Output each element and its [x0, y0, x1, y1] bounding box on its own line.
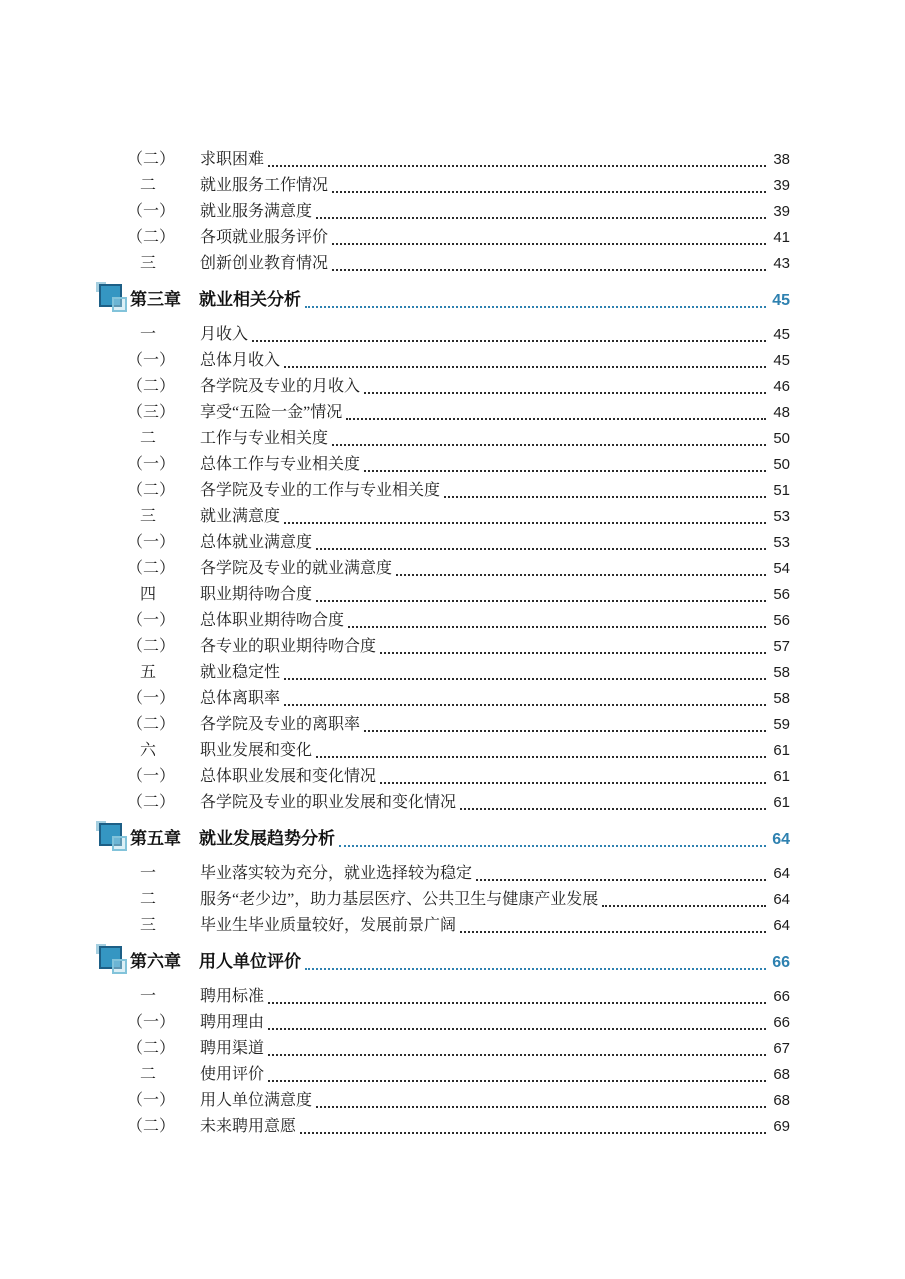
- toc-entry-title: 月收入: [200, 322, 248, 348]
- toc-entry-title: 总体工作与专业相关度: [200, 452, 360, 478]
- dot-leader: [364, 470, 766, 472]
- dot-leader: [268, 1002, 766, 1004]
- toc-chapter-number: 第六章: [130, 947, 199, 977]
- toc-entry-title: 职业发展和变化: [200, 738, 312, 764]
- dot-leader: [364, 730, 766, 732]
- dot-leader: [284, 522, 766, 524]
- toc-entry-number: （三）: [127, 400, 200, 426]
- toc-entry-row[interactable]: 二 就业服务工作情况 39: [100, 173, 790, 199]
- dot-leader: [305, 306, 766, 308]
- toc-entry-title: 各项就业服务评价: [200, 225, 328, 251]
- toc-entry-page: 69: [768, 1114, 790, 1140]
- toc-entry-title: 毕业生毕业质量较好，发展前景广阔: [200, 913, 456, 939]
- toc-entry-title: 就业服务满意度: [200, 199, 312, 225]
- toc-entry-row[interactable]: （二） 各学院及专业的月收入 46: [100, 374, 790, 400]
- toc-chapter-page: 64: [768, 825, 790, 855]
- dot-leader: [305, 968, 766, 970]
- dot-leader: [332, 269, 766, 271]
- toc-entry-title: 总体职业发展和变化情况: [200, 764, 376, 790]
- toc-entry-row[interactable]: （一） 总体职业发展和变化情况 61: [100, 764, 790, 790]
- toc-entry-title: 总体离职率: [200, 686, 280, 712]
- toc-entry-title: 毕业落实较为充分，就业选择较为稳定: [200, 861, 472, 887]
- dot-leader: [268, 1054, 766, 1056]
- toc-chapter-title: 就业相关分析: [199, 285, 301, 315]
- toc-entry-number: 一: [140, 322, 200, 348]
- toc-entry-number: 二: [140, 887, 200, 913]
- toc-entry-number: （一）: [127, 452, 200, 478]
- toc-entry-row[interactable]: （二） 各学院及专业的离职率 59: [100, 712, 790, 738]
- toc-entry-number: （一）: [127, 530, 200, 556]
- toc-entry-page: 58: [768, 660, 790, 686]
- toc-entry-page: 43: [768, 251, 790, 277]
- toc-entry-page: 41: [768, 225, 790, 251]
- toc-entry-title: 创新创业教育情况: [200, 251, 328, 277]
- toc-entry-number: （一）: [127, 348, 200, 374]
- toc-entry-number: （一）: [127, 764, 200, 790]
- toc-entry-title: 各学院及专业的就业满意度: [200, 556, 392, 582]
- dot-leader: [380, 652, 766, 654]
- toc-chapter-row[interactable]: 第三章 就业相关分析 45: [100, 285, 790, 315]
- toc-entry-number: 三: [140, 913, 200, 939]
- dot-leader: [300, 1132, 766, 1134]
- dot-leader: [332, 191, 766, 193]
- toc-entry-page: 64: [768, 861, 790, 887]
- toc-entry-page: 64: [768, 887, 790, 913]
- toc-entry-row[interactable]: 二 工作与专业相关度 50: [100, 426, 790, 452]
- toc-chapter-page: 66: [768, 948, 790, 978]
- toc-chapter-title: 用人单位评价: [199, 947, 301, 977]
- toc-entry-row[interactable]: 一 毕业落实较为充分，就业选择较为稳定 64: [100, 861, 790, 887]
- toc-entry-number: （二）: [127, 225, 200, 251]
- toc-entry-title: 各学院及专业的离职率: [200, 712, 360, 738]
- dot-leader: [364, 392, 766, 394]
- toc-entry-row[interactable]: （二） 各学院及专业的工作与专业相关度 51: [100, 478, 790, 504]
- toc-entry-title: 工作与专业相关度: [200, 426, 328, 452]
- toc-entry-page: 39: [768, 199, 790, 225]
- toc-entry-page: 66: [768, 984, 790, 1010]
- toc-entry-title: 各学院及专业的月收入: [200, 374, 360, 400]
- dot-leader: [316, 217, 766, 219]
- toc-entry-page: 45: [768, 348, 790, 374]
- dot-leader: [316, 1106, 766, 1108]
- toc-entry-number: （二）: [127, 634, 200, 660]
- toc-entry-title: 聘用理由: [200, 1010, 264, 1036]
- dot-leader: [339, 845, 766, 847]
- toc-entry-row[interactable]: 二 服务“老少边”，助力基层医疗、公共卫生与健康产业发展 64: [100, 887, 790, 913]
- toc-entry-page: 38: [768, 147, 790, 173]
- toc-entry-number: 二: [140, 1062, 200, 1088]
- toc-chapter-title: 就业发展趋势分析: [199, 824, 335, 854]
- toc-entry-row[interactable]: 六 职业发展和变化 61: [100, 738, 790, 764]
- toc-entry-page: 67: [768, 1036, 790, 1062]
- toc-list: （二） 求职困难 38 二 就业服务工作情况 39 （一） 就业服务满意度 39…: [100, 147, 790, 1140]
- toc-entry-page: 61: [768, 738, 790, 764]
- toc-entry-title: 职业期待吻合度: [200, 582, 312, 608]
- toc-entry-number: （一）: [127, 686, 200, 712]
- toc-entry-title: 使用评价: [200, 1062, 264, 1088]
- toc-entry-page: 68: [768, 1062, 790, 1088]
- toc-entry-row[interactable]: 二 使用评价 68: [100, 1062, 790, 1088]
- toc-entry-page: 50: [768, 426, 790, 452]
- toc-entry-number: 一: [140, 861, 200, 887]
- toc-entry-row[interactable]: （一） 总体月收入 45: [100, 348, 790, 374]
- toc-entry-title: 聘用渠道: [200, 1036, 264, 1062]
- toc-entry-page: 53: [768, 530, 790, 556]
- toc-entry-title: 各学院及专业的工作与专业相关度: [200, 478, 440, 504]
- toc-entry-page: 54: [768, 556, 790, 582]
- dot-leader: [284, 678, 766, 680]
- chapter-squares-icon: [96, 821, 128, 855]
- toc-entry-title: 总体职业期待吻合度: [200, 608, 344, 634]
- dot-leader: [346, 418, 766, 420]
- dot-leader: [268, 1028, 766, 1030]
- toc-entry-row[interactable]: 三 毕业生毕业质量较好，发展前景广阔 64: [100, 913, 790, 939]
- toc-chapter-row[interactable]: 第五章 就业发展趋势分析 64: [100, 824, 790, 854]
- toc-entry-number: （一）: [127, 199, 200, 225]
- toc-entry-number: 二: [140, 173, 200, 199]
- toc-entry-title: 聘用标准: [200, 984, 264, 1010]
- dot-leader: [284, 704, 766, 706]
- toc-entry-number: 五: [140, 660, 200, 686]
- toc-chapter-number: 第三章: [130, 285, 199, 315]
- toc-entry-row[interactable]: （一） 总体离职率 58: [100, 686, 790, 712]
- toc-entry-number: （二）: [127, 712, 200, 738]
- toc-entry-page: 53: [768, 504, 790, 530]
- dot-leader: [396, 574, 766, 576]
- toc-entry-page: 61: [768, 764, 790, 790]
- toc-entry-title: 就业满意度: [200, 504, 280, 530]
- toc-entry-page: 39: [768, 173, 790, 199]
- toc-entry-row[interactable]: （二） 各专业的职业期待吻合度 57: [100, 634, 790, 660]
- toc-entry-page: 59: [768, 712, 790, 738]
- dot-leader: [316, 600, 766, 602]
- dot-leader: [268, 1080, 766, 1082]
- toc-entry-number: 六: [140, 738, 200, 764]
- toc-entry-number: （一）: [127, 608, 200, 634]
- toc-entry-number: （二）: [127, 147, 200, 173]
- toc-entry-number: （二）: [127, 374, 200, 400]
- toc-entry-page: 58: [768, 686, 790, 712]
- toc-entry-number: （二）: [127, 1114, 200, 1140]
- dot-leader: [252, 340, 766, 342]
- toc-entry-number: 三: [140, 251, 200, 277]
- toc-chapter-number: 第五章: [130, 824, 199, 854]
- dot-leader: [332, 444, 766, 446]
- toc-entry-title: 就业服务工作情况: [200, 173, 328, 199]
- toc-entry-number: （二）: [127, 478, 200, 504]
- toc-entry-row[interactable]: （一） 总体工作与专业相关度 50: [100, 452, 790, 478]
- toc-entry-row[interactable]: 五 就业稳定性 58: [100, 660, 790, 686]
- toc-entry-number: （二）: [127, 790, 200, 816]
- dot-leader: [332, 243, 766, 245]
- toc-entry-row[interactable]: （一） 总体就业满意度 53: [100, 530, 790, 556]
- toc-entry-title: 用人单位满意度: [200, 1088, 312, 1114]
- dot-leader: [316, 756, 766, 758]
- toc-entry-row[interactable]: 三 创新创业教育情况 43: [100, 251, 790, 277]
- toc-entry-title: 总体月收入: [200, 348, 280, 374]
- toc-entry-page: 61: [768, 790, 790, 816]
- toc-entry-number: （二）: [127, 556, 200, 582]
- chapter-squares-icon: [96, 282, 128, 316]
- toc-entry-row[interactable]: （二） 未来聘用意愿 69: [100, 1114, 790, 1140]
- toc-entry-row[interactable]: （二） 各学院及专业的就业满意度 54: [100, 556, 790, 582]
- dot-leader: [380, 782, 766, 784]
- toc-entry-row[interactable]: 一 聘用标准 66: [100, 984, 790, 1010]
- toc-entry-page: 51: [768, 478, 790, 504]
- toc-entry-row[interactable]: 三 就业满意度 53: [100, 504, 790, 530]
- toc-entry-row[interactable]: （三） 享受“五险一金”情况 48: [100, 400, 790, 426]
- dot-leader: [444, 496, 766, 498]
- dot-leader: [476, 879, 766, 881]
- toc-entry-page: 64: [768, 913, 790, 939]
- toc-chapter-row[interactable]: 第六章 用人单位评价 66: [100, 947, 790, 977]
- toc-entry-title: 未来聘用意愿: [200, 1114, 296, 1140]
- toc-entry-row[interactable]: 一 月收入 45: [100, 322, 790, 348]
- toc-entry-page: 68: [768, 1088, 790, 1114]
- toc-entry-page: 45: [768, 322, 790, 348]
- toc-entry-page: 48: [768, 400, 790, 426]
- dot-leader: [284, 366, 766, 368]
- dot-leader: [460, 808, 766, 810]
- toc-entry-row[interactable]: （二） 各学院及专业的职业发展和变化情况 61: [100, 790, 790, 816]
- toc-entry-number: 四: [140, 582, 200, 608]
- toc-entry-page: 57: [768, 634, 790, 660]
- toc-entry-number: （一）: [127, 1088, 200, 1114]
- toc-entry-title: 各学院及专业的职业发展和变化情况: [200, 790, 456, 816]
- toc-entry-page: 50: [768, 452, 790, 478]
- toc-entry-number: （一）: [127, 1010, 200, 1036]
- toc-entry-number: 一: [140, 984, 200, 1010]
- toc-entry-title: 就业稳定性: [200, 660, 280, 686]
- toc-entry-page: 56: [768, 582, 790, 608]
- dot-leader: [602, 905, 766, 907]
- toc-entry-title: 各专业的职业期待吻合度: [200, 634, 376, 660]
- toc-entry-row[interactable]: （二） 各项就业服务评价 41: [100, 225, 790, 251]
- toc-entry-number: 三: [140, 504, 200, 530]
- dot-leader: [316, 548, 766, 550]
- toc-entry-page: 66: [768, 1010, 790, 1036]
- toc-entry-title: 总体就业满意度: [200, 530, 312, 556]
- toc-entry-row[interactable]: （一） 就业服务满意度 39: [100, 199, 790, 225]
- toc-entry-row[interactable]: （一） 聘用理由 66: [100, 1010, 790, 1036]
- toc-entry-title: 求职困难: [200, 147, 264, 173]
- toc-entry-title: 享受“五险一金”情况: [200, 400, 342, 426]
- chapter-squares-icon: [96, 944, 128, 978]
- toc-entry-row[interactable]: 四 职业期待吻合度 56: [100, 582, 790, 608]
- toc-entry-row[interactable]: （二） 求职困难 38: [100, 147, 790, 173]
- toc-entry-number: （二）: [127, 1036, 200, 1062]
- toc-entry-row[interactable]: （一） 用人单位满意度 68: [100, 1088, 790, 1114]
- toc-entry-page: 56: [768, 608, 790, 634]
- dot-leader: [348, 626, 766, 628]
- toc-entry-page: 46: [768, 374, 790, 400]
- dot-leader: [268, 165, 766, 167]
- toc-chapter-page: 45: [768, 286, 790, 316]
- toc-entry-row[interactable]: （一） 总体职业期待吻合度 56: [100, 608, 790, 634]
- toc-entry-number: 二: [140, 426, 200, 452]
- toc-entry-row[interactable]: （二） 聘用渠道 67: [100, 1036, 790, 1062]
- dot-leader: [460, 931, 766, 933]
- toc-entry-title: 服务“老少边”，助力基层医疗、公共卫生与健康产业发展: [200, 887, 598, 913]
